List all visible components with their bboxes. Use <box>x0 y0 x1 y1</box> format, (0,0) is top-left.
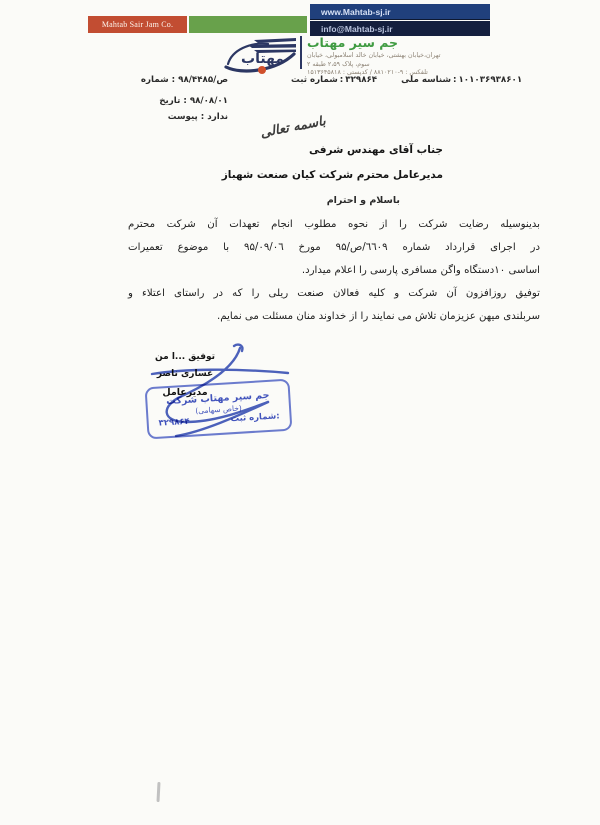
colon: : <box>172 75 175 85</box>
website-bar: www.Mahtab-sj.ir <box>310 4 490 20</box>
registration-number-field: شماره ثبت : ۳۲۹۸۶۴ <box>291 75 377 85</box>
body-line: بدینوسیله رضایت شرکت را از نحوه مطلوب ان… <box>128 213 540 236</box>
registration-number-value: ۳۲۹۸۶۴ <box>345 75 377 85</box>
salutation: باسلام و احترام <box>327 195 400 206</box>
letter-number-label: شماره <box>141 75 169 85</box>
svg-text:مهتاب: مهتاب <box>241 51 284 67</box>
letter-number-field: شماره : ۹۸/۴۴۸۵/ص <box>96 75 228 85</box>
handwritten-signature-icon <box>138 338 308 448</box>
national-id-value: ۱۰۱۰۳۶۹۳۸۶۰۱ <box>459 75 523 85</box>
letter-date-field: تاریخ : ۹۸/۰۸/۰۱ <box>96 96 228 106</box>
letter-attachment-field: پیوست : ندارد <box>96 112 228 122</box>
letter-meta-fields: شماره : ۹۸/۴۴۸۵/ص تاریخ : ۹۸/۰۸/۰۱ پیوست… <box>96 75 228 122</box>
company-name-en-badge: Mahtab Sair Jam Co. <box>88 16 187 33</box>
company-name-en: Mahtab Sair Jam Co. <box>102 20 173 29</box>
company-name-fa: مهتاب‎ سیر‎ جم <box>307 35 398 50</box>
email-bar: info@Mahtab-sj.ir <box>310 21 490 36</box>
scan-artifact <box>156 782 160 802</box>
recipient-block: جناب آقای مهندس شرفی مدیرعامل محترم شرکت… <box>222 144 443 181</box>
letter-date-label: تاریخ <box>159 96 180 106</box>
colon: : <box>183 96 186 106</box>
national-id-label: شناسه ملی <box>401 75 451 85</box>
bismillah: باسمه تعالی <box>259 114 327 141</box>
letter-body: بدینوسیله رضایت شرکت را از نحوه مطلوب ان… <box>128 213 540 328</box>
colon: : <box>201 112 204 122</box>
body-line: اساسی ۱۰دستگاه واگن مسافری پارسی را اعلا… <box>128 259 540 282</box>
address-line-1: تهران،خیابان بهشتی، خیابان خالد اسلامبول… <box>307 52 457 69</box>
scanned-letter-page: www.Mahtab-sj.ir info@Mahtab-sj.ir Mahta… <box>0 0 600 825</box>
letter-number-value: ۹۸/۴۴۸۵/ص <box>178 75 228 85</box>
green-banner <box>189 16 307 33</box>
colon: : <box>340 75 343 85</box>
body-line: سربلندی میهن عزیزمان تلاش می نمایند را ا… <box>128 305 540 328</box>
email-address: info@Mahtab-sj.ir <box>310 24 393 34</box>
registration-row: شماره ثبت : ۳۲۹۸۶۴ شناسه ملی : ۱۰۱۰۳۶۹۳۸… <box>291 75 522 85</box>
recipient-name: جناب آقای مهندس شرفی <box>222 144 443 156</box>
logo-orange-dot <box>258 66 266 74</box>
body-line: در اجرای قرارداد شماره ⁦۹۵/٦٦٠٩/ص⁩ مورخ … <box>128 236 540 259</box>
registration-number-label: شماره ثبت <box>291 75 338 85</box>
train-swoosh-logo-icon: مهتاب <box>224 34 298 76</box>
letter-date-value: ۹۸/۰۸/۰۱ <box>190 96 228 106</box>
website-url: www.Mahtab-sj.ir <box>310 7 391 17</box>
colon: : <box>453 75 456 85</box>
letter-attachment-value: ندارد <box>207 112 228 122</box>
national-id-field: شناسه ملی : ۱۰۱۰۳۶۹۳۸۶۰۱ <box>401 75 522 85</box>
company-address: تهران،خیابان بهشتی، خیابان خالد اسلامبول… <box>307 52 457 78</box>
logo-divider <box>300 36 302 69</box>
body-line: توفیق روزافزون آن شرکت و کلیه فعالان صنع… <box>128 282 540 305</box>
recipient-title: مدیرعامل محترم شرکت کیان صنعت شهباز <box>222 169 443 181</box>
letter-attachment-label: پیوست <box>168 112 198 122</box>
